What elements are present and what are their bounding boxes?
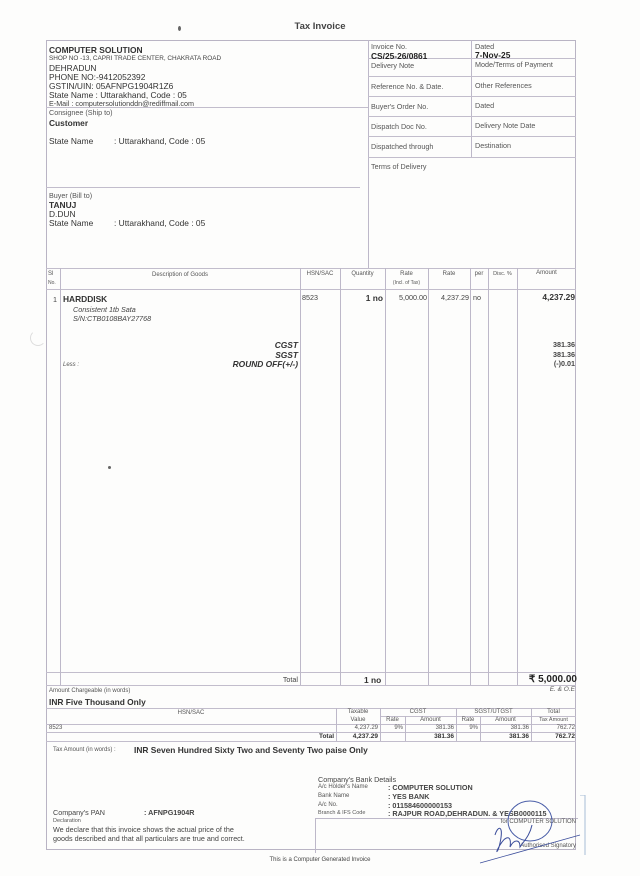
tax-col-sgst-amount: Amount — [480, 717, 531, 723]
tax-col-hsn: HSN/SAC — [46, 710, 336, 716]
item-sl: 1 — [53, 295, 57, 304]
tax-col-total-sub: Tax Amount — [531, 717, 576, 723]
bank-branch-label: Branch & IFS Code — [318, 810, 365, 816]
charge-roundoff-amount: (-)0.01 — [517, 359, 575, 368]
delivery-note-label: Delivery Note — [371, 61, 414, 70]
tax-row-cgst-rate: 9% — [380, 725, 403, 731]
punch-hole-mark — [30, 330, 46, 346]
invoice-no: CS/25-26/0861 — [371, 51, 427, 61]
item-per: no — [473, 293, 481, 302]
invoice-date: 7-Nov-25 — [475, 50, 510, 60]
consignee-state-value: : Uttarakhand, Code : 05 — [114, 136, 205, 146]
mode-terms-label: Mode/Terms of Payment — [475, 60, 553, 69]
tax-row-hsn: 8523 — [49, 725, 62, 731]
tax-col-sgst: SGST/UTGST — [456, 709, 531, 715]
col-no: No. — [48, 280, 56, 286]
tax-words-label: Tax Amount (in words) : — [53, 747, 116, 753]
bank-title: Company's Bank Details — [318, 775, 396, 784]
destination-label: Destination — [475, 141, 511, 150]
tax-col-cgst-amount: Amount — [405, 717, 456, 723]
seller-name: COMPUTER SOLUTION — [49, 45, 143, 55]
tax-total-cgst: 381.36 — [405, 733, 454, 740]
tax-col-taxable-sub: Value — [336, 717, 380, 723]
item-amount: 4,237.29 — [517, 292, 575, 302]
tax-words-value: INR Seven Hundred Sixty Two and Seventy … — [134, 745, 368, 755]
bank-name: : YES BANK — [388, 792, 429, 801]
tax-col-cgst: CGST — [380, 709, 456, 715]
charge-cgst-amount: 381.36 — [517, 340, 575, 349]
document-title: Tax Invoice — [0, 21, 640, 32]
buyer-state-value: : Uttarakhand, Code : 05 — [114, 218, 205, 228]
col-rate: Rate — [428, 271, 470, 277]
item-name: HARDDISK — [63, 294, 107, 304]
tax-row-sgst-rate: 9% — [456, 725, 478, 731]
reference-label: Reference No. & Date. — [371, 82, 443, 91]
total-label: Total — [200, 675, 298, 684]
tax-col-total: Total — [531, 709, 576, 715]
declaration-label: Declaration — [53, 818, 81, 824]
charge-sgst-amount: 381.36 — [517, 350, 575, 359]
amount-words-label: Amount Chargeable (in words) — [49, 688, 130, 694]
tax-row-cgst-amount: 381.36 — [405, 725, 454, 731]
tax-row-sgst-amount: 381.36 — [480, 725, 529, 731]
tax-total-sgst: 381.36 — [480, 733, 529, 740]
dated2-label: Dated — [475, 101, 494, 110]
tax-col-sgst-rate: Rate — [456, 717, 480, 723]
tax-row-taxable: 4,237.29 — [336, 725, 378, 731]
tax-total-label: Total — [290, 733, 334, 740]
pan-value: : AFNPG1904R — [144, 808, 194, 817]
item-desc1: Consistent 1tb Sata — [73, 305, 136, 314]
signature-stamp-icon — [470, 795, 590, 865]
bank-name-label: Bank Name — [318, 793, 349, 799]
bank-holder: : COMPUTER SOLUTION — [388, 783, 473, 792]
total-quantity: 1 no — [364, 675, 381, 685]
tax-col-cgst-rate: Rate — [380, 717, 405, 723]
tax-total-total: 762.72 — [531, 733, 575, 740]
footer-note: This is a Computer Generated Invoice — [0, 857, 640, 863]
col-rate-incl-sub: (Incl. of Tax) — [385, 280, 428, 286]
declaration-text2: goods described and that all particulars… — [53, 834, 245, 843]
total-amount: ₹ 5,000.00 — [505, 674, 577, 685]
consignee-name: Customer — [49, 118, 88, 128]
item-quantity: 1 no — [340, 293, 383, 303]
tax-row-total: 762.72 — [531, 725, 575, 731]
buyer-label: Buyer (Bill to) — [49, 191, 92, 200]
charge-cgst-label: CGST — [100, 340, 298, 350]
tax-total-taxable: 4,237.29 — [336, 733, 378, 740]
declaration-text1: We declare that this invoice shows the a… — [53, 825, 234, 834]
buyers-order-label: Buyer's Order No. — [371, 102, 428, 111]
invoice-no-label: Invoice No. — [371, 42, 407, 51]
col-per: per — [470, 271, 488, 277]
other-references-label: Other References — [475, 81, 532, 90]
charge-roundoff-label: ROUND OFF(+/-) — [100, 359, 298, 369]
dispatched-through-label: Dispatched through — [371, 142, 433, 151]
consignee-label: Consignee (Ship to) — [49, 108, 113, 117]
terms-of-delivery-label: Terms of Delivery — [371, 162, 427, 171]
consignee-state-label: State Name — [49, 136, 93, 146]
col-hsn: HSN/SAC — [300, 271, 340, 277]
col-disc: Disc. % — [488, 271, 517, 277]
delivery-note-date-label: Delivery Note Date — [475, 121, 535, 130]
col-description: Description of Goods — [60, 272, 300, 278]
item-rate: 4,237.29 — [428, 293, 469, 302]
tax-col-taxable: Taxable — [336, 709, 380, 715]
bank-holder-label: A/c Holder's Name — [318, 784, 368, 790]
item-hsn: 8523 — [302, 293, 318, 302]
pan-label: Company's PAN — [53, 808, 105, 817]
col-sl: Sl — [48, 271, 53, 277]
buyer-state-label: State Name — [49, 218, 93, 228]
amount-words-value: INR Five Thousand Only — [49, 697, 146, 707]
col-amount: Amount — [517, 270, 576, 276]
col-quantity: Quantity — [340, 271, 385, 277]
bank-acno-label: A/c No. — [318, 802, 338, 808]
item-rate-incl: 5,000.00 — [385, 293, 427, 302]
less-label: Less : — [63, 362, 79, 368]
col-rate-incl: Rate — [385, 271, 428, 277]
dispatch-doc-label: Dispatch Doc No. — [371, 122, 427, 131]
item-desc2: S/N:CTB0108BAY27768 — [73, 314, 151, 323]
seller-address: SHOP NO -13, CAPRI TRADE CENTER, CHAKRAT… — [49, 55, 221, 62]
scan-speck — [178, 26, 181, 31]
eoe-label: E. & O.E — [505, 686, 575, 693]
